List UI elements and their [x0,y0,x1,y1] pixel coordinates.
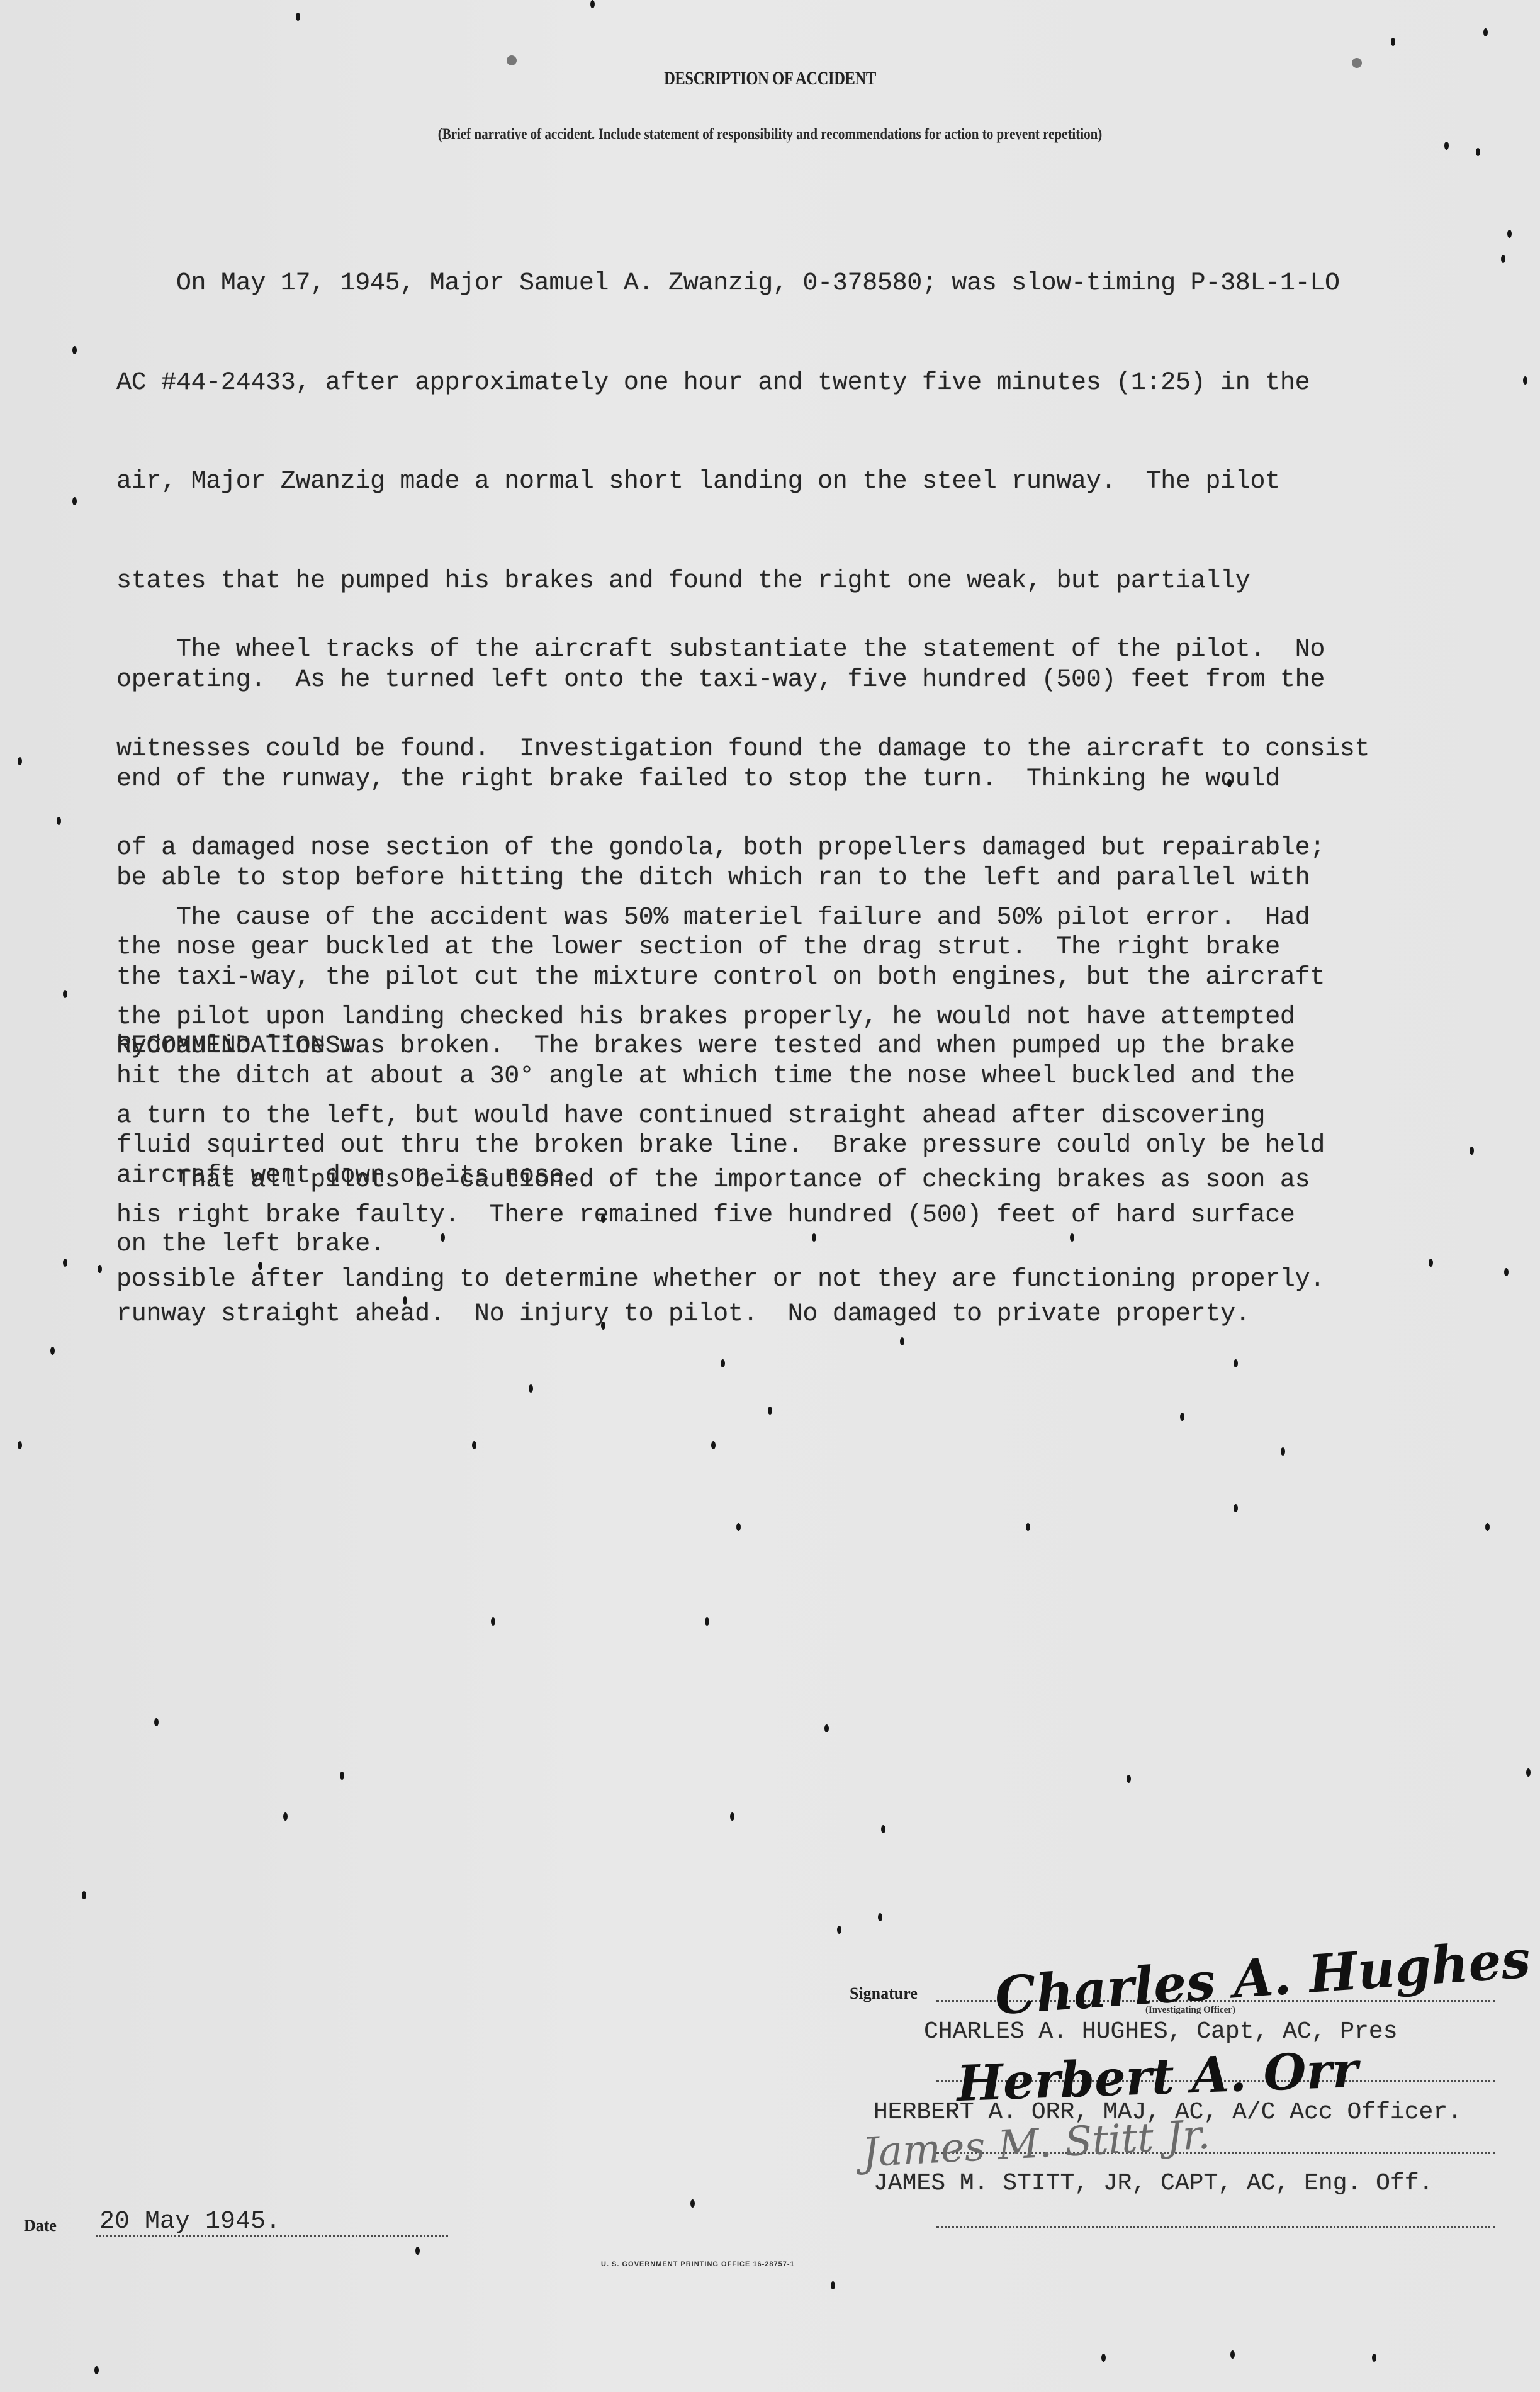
recommendations-paragraph: That all pilots be cautioned of the impo… [116,1098,1501,1362]
text-line: On May 17, 1945, Major Samuel A. Zwanzig… [116,267,1501,301]
text-line: the pilot upon landing checked his brake… [116,1001,1501,1035]
text-line: The wheel tracks of the aircraft substan… [116,634,1501,667]
form-title: DESCRIPTION OF ACCIDENT [138,68,1402,89]
form-instructions: (Brief narrative of accident. Include st… [123,126,1417,143]
signature-label: Signature [850,1984,918,2003]
text-line: That all pilots be cautioned of the impo… [116,1164,1501,1198]
date-value: 20 May 1945. [99,2208,281,2236]
date-line [96,2235,448,2237]
signature-caption: (Investigating Officer) [1145,2005,1235,2016]
text-line: possible after landing to determine whet… [116,1264,1501,1297]
handwritten-signature-hughes: Charles A. Hughes [993,1929,1532,2026]
typed-name-hughes: CHARLES A. HUGHES, Capt, AC, Pres [924,2018,1398,2045]
text-line: witnesses could be found. Investigation … [116,733,1501,766]
text-line: air, Major Zwanzig made a normal short l… [116,466,1501,499]
date-label: Date [24,2216,57,2235]
typed-name-stitt: JAMES M. STITT, JR, CAPT, AC, Eng. Off. [874,2170,1433,2197]
recommendations-heading: RECOMMENDATIONS: [116,1030,1501,1064]
text-line: AC #44-24433, after approximately one ho… [116,367,1501,400]
document-page: DESCRIPTION OF ACCIDENT (Brief narrative… [0,0,1540,2392]
text-line: The cause of the accident was 50% materi… [116,902,1501,935]
printer-imprint: U. S. GOVERNMENT PRINTING OFFICE 16-2875… [601,2260,795,2268]
signature-block: Signature Charles A. Hughes (Investigati… [850,1888,1540,2215]
signature-line-4 [936,2226,1495,2228]
